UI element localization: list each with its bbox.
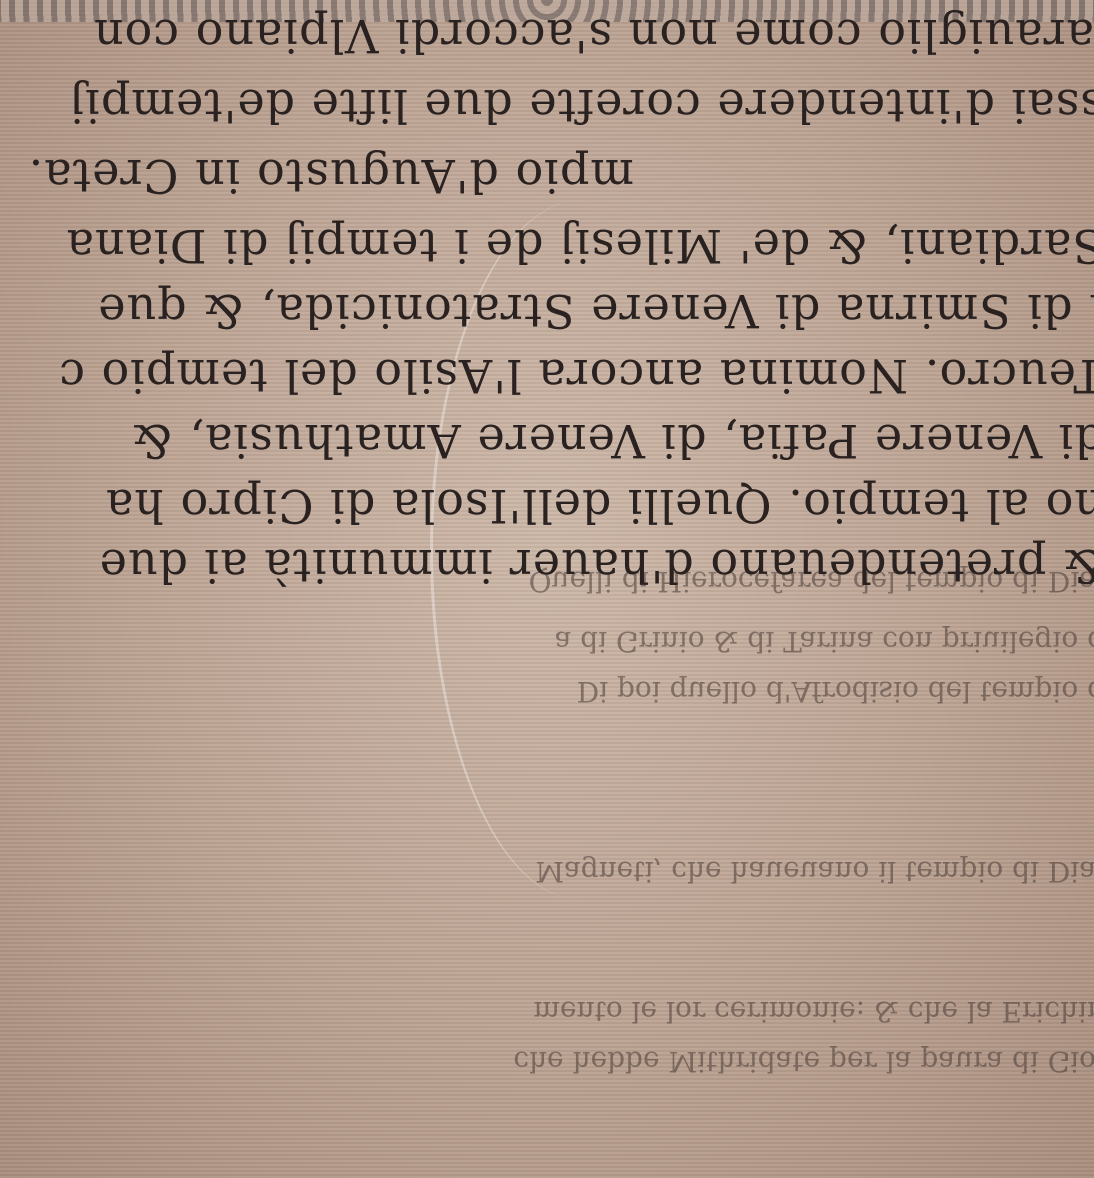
text-line-8: no al tempio. Quelli dell'Isola di Cipro… [105, 479, 1094, 533]
showthrough-line: Magneti, che haueuano il tempio di Dian [535, 855, 1094, 888]
text-line-7: di Venere Pafia, di Venere Amathusia, & [131, 414, 1094, 468]
showthrough-line: che hebbe Mithridate per la paura di Gio… [513, 1045, 1094, 1078]
showthrough-line: a di Grinio & di Tarina con priuilegio d… [555, 625, 1094, 658]
text-line-1: arauiglio come non s'accordi Vlpiano con [93, 9, 1094, 63]
text-line-2: ssai d'intendere corefte due lifte de'te… [69, 79, 1094, 133]
text-line-9: & pretendeuano d'hauer immunità ai due [99, 539, 1094, 593]
text-line-6: Teucro. Nomina ancora l'Asilo del tempio… [58, 349, 1094, 403]
showthrough-line: Di poi quello d'Afrodisio del tempio di [577, 675, 1094, 708]
text-line-5: l di Smirna di Venere Stratonicida, & qu… [97, 284, 1094, 338]
text-line-3: mpio d'Augusto in Creta. [28, 149, 634, 203]
document-photo: che hebbe Mithridate per la paura di Gio… [0, 0, 1094, 1178]
text-line-4: Sardiani, & de' Milesij de i tempij di D… [66, 219, 1094, 273]
showthrough-line: mento le lor cerimonie: & che la Erichin… [533, 995, 1094, 1028]
rotated-text-block: che hebbe Mithridate per la paura di Gio… [0, 0, 1094, 1178]
